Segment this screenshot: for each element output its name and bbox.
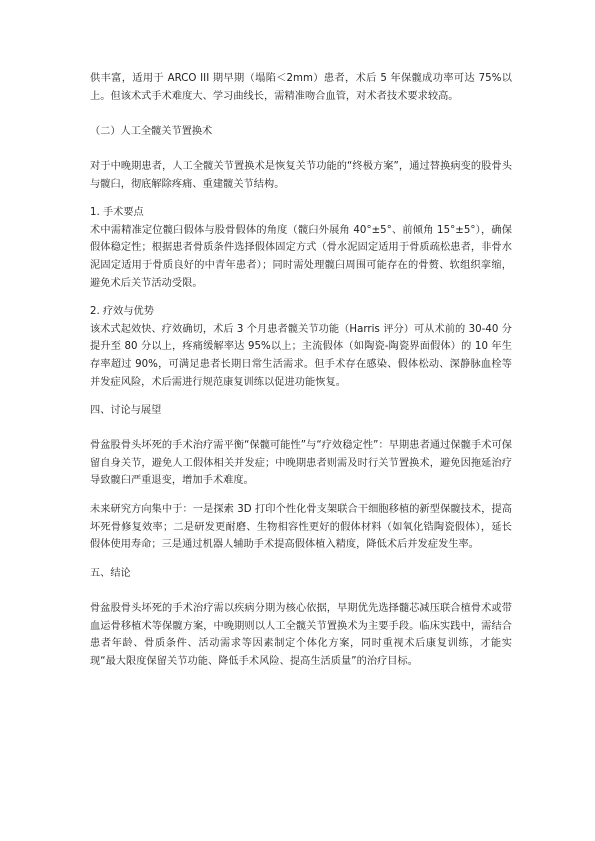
spacer xyxy=(90,490,512,501)
paragraph-discussion-2: 未来研究方向集中于：一是探索 3D 打印个性化骨支架联合干细胞移植的新型保髋技术… xyxy=(90,501,512,554)
paragraph-tha-intro: 对于中晚期患者，人工全髋关节置换术是恢复关节功能的“终极方案”，通过替换病变的股… xyxy=(90,158,512,193)
spacer xyxy=(90,582,512,600)
paragraph-vascularized-graft-end: 供丰富，适用于 ARCO III 期早期（塌陷＜2mm）患者，术后 5 年保髋成… xyxy=(90,70,512,105)
document-page: 供丰富，适用于 ARCO III 期早期（塌陷＜2mm）患者，术后 5 年保髋成… xyxy=(90,70,512,670)
spacer xyxy=(90,193,512,204)
paragraph-efficacy: 该术式起效快、疗效确切，术后 3 个月患者髋关节功能（Harris 评分）可从术… xyxy=(90,321,512,391)
spacer xyxy=(90,140,512,158)
paragraph-conclusion: 骨盆股骨头坏死的手术治疗需以疾病分期为核心依据，早期优先选择髓芯减压联合植骨术或… xyxy=(90,600,512,670)
spacer xyxy=(90,292,512,303)
heading-conclusion: 五、结论 xyxy=(90,565,512,583)
spacer xyxy=(90,105,512,123)
subheading-efficacy: 2. 疗效与优势 xyxy=(90,303,512,321)
heading-discussion: 四、讨论与展望 xyxy=(90,402,512,420)
spacer xyxy=(90,420,512,438)
heading-total-hip-arthroplasty: （二）人工全髋关节置换术 xyxy=(90,123,512,141)
spacer xyxy=(90,554,512,565)
subheading-surgical-points: 1. 手术要点 xyxy=(90,204,512,222)
paragraph-discussion-1: 骨盆股骨头坏死的手术治疗需平衡“保髋可能性”与“疗效稳定性”：早期患者通过保髋手… xyxy=(90,437,512,490)
spacer xyxy=(90,391,512,402)
paragraph-surgical-points: 术中需精准定位髋臼假体与股骨假体的角度（髋臼外展角 40°±5°、前倾角 15°… xyxy=(90,222,512,292)
